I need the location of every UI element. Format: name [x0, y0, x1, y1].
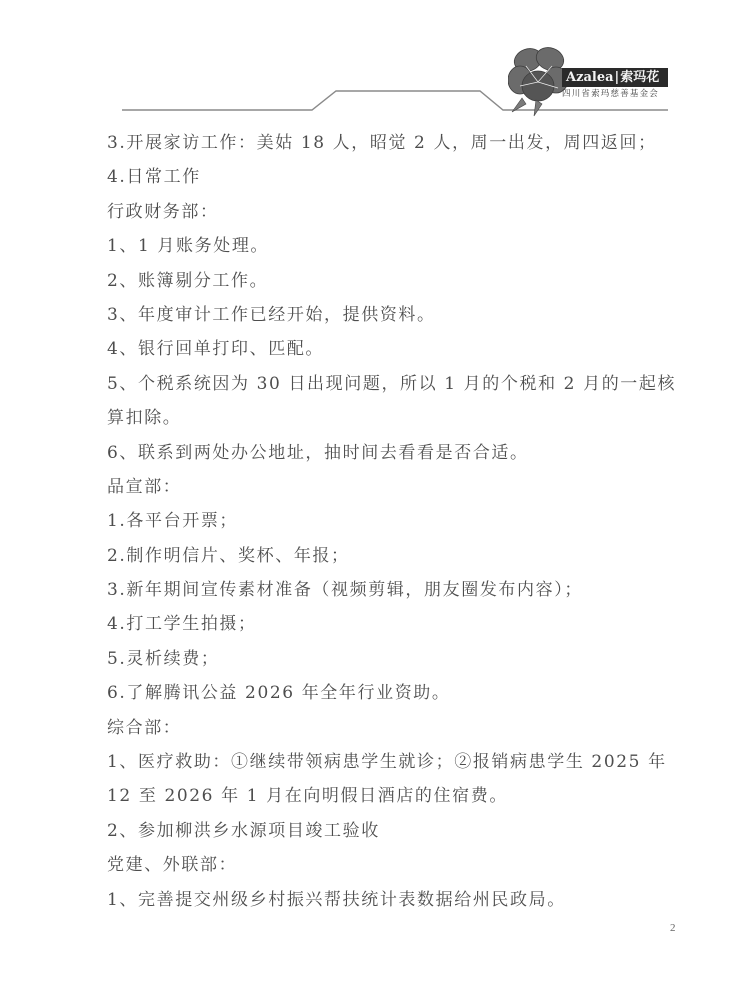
- document-page: Azalea|索玛花 四川省索玛慈善基金会 3.开展家访工作：美姑 18 人，昭…: [0, 0, 750, 1000]
- text-line: 6.了解腾讯公益 2026 年全年行业资助。: [107, 676, 672, 710]
- text-line: 4、银行回单打印、匹配。: [107, 332, 672, 366]
- text-line: 1、1 月账务处理。: [107, 229, 672, 263]
- text-line: 2.制作明信片、奖杯、年报；: [107, 539, 672, 573]
- text-line: 3.新年期间宣传素材准备（视频剪辑，朋友圈发布内容）；: [107, 573, 672, 607]
- page-number: 2: [670, 922, 676, 934]
- text-line: 1、医疗救助：①继续带领病患学生就诊；②报销病患学生 2025 年: [107, 745, 672, 779]
- section-heading: 党建、外联部：: [107, 848, 672, 882]
- text-line: 1、完善提交州级乡村振兴帮扶统计表数据给州民政局。: [107, 883, 672, 917]
- logo-chinese-name: 索玛花: [620, 70, 659, 85]
- section-heading: 综合部：: [107, 711, 672, 745]
- text-line: 5、个税系统因为 30 日出现问题，所以 1 月的个税和 2 月的一起核: [107, 367, 672, 401]
- logo-organization-name: 四川省索玛慈善基金会: [562, 89, 670, 100]
- logo-title: Azalea|索玛花: [562, 68, 668, 87]
- document-body: 3.开展家访工作：美姑 18 人，昭觉 2 人，周一出发，周四返回； 4.日常工…: [107, 126, 672, 917]
- text-line: 1.各平台开票；: [107, 504, 672, 538]
- text-line: 3.开展家访工作：美姑 18 人，昭觉 2 人，周一出发，周四返回；: [107, 126, 672, 160]
- organization-logo: Azalea|索玛花 四川省索玛慈善基金会: [508, 42, 673, 117]
- text-line: 2、账簿剔分工作。: [107, 264, 672, 298]
- text-line: 4.打工学生拍摄；: [107, 607, 672, 641]
- section-heading: 品宣部：: [107, 470, 672, 504]
- text-line: 12 至 2026 年 1 月在向明假日酒店的住宿费。: [107, 779, 672, 813]
- text-line: 5.灵析续费；: [107, 642, 672, 676]
- section-heading: 行政财务部：: [107, 195, 672, 229]
- text-line: 2、参加柳洪乡水源项目竣工验收: [107, 814, 672, 848]
- logo-english-name: Azalea: [566, 70, 614, 85]
- azalea-flower-icon: [508, 42, 570, 117]
- text-line: 4.日常工作: [107, 160, 672, 194]
- text-line: 6、联系到两处办公地址，抽时间去看看是否合适。: [107, 436, 672, 470]
- text-line: 3、年度审计工作已经开始，提供资料。: [107, 298, 672, 332]
- text-line: 算扣除。: [107, 401, 672, 435]
